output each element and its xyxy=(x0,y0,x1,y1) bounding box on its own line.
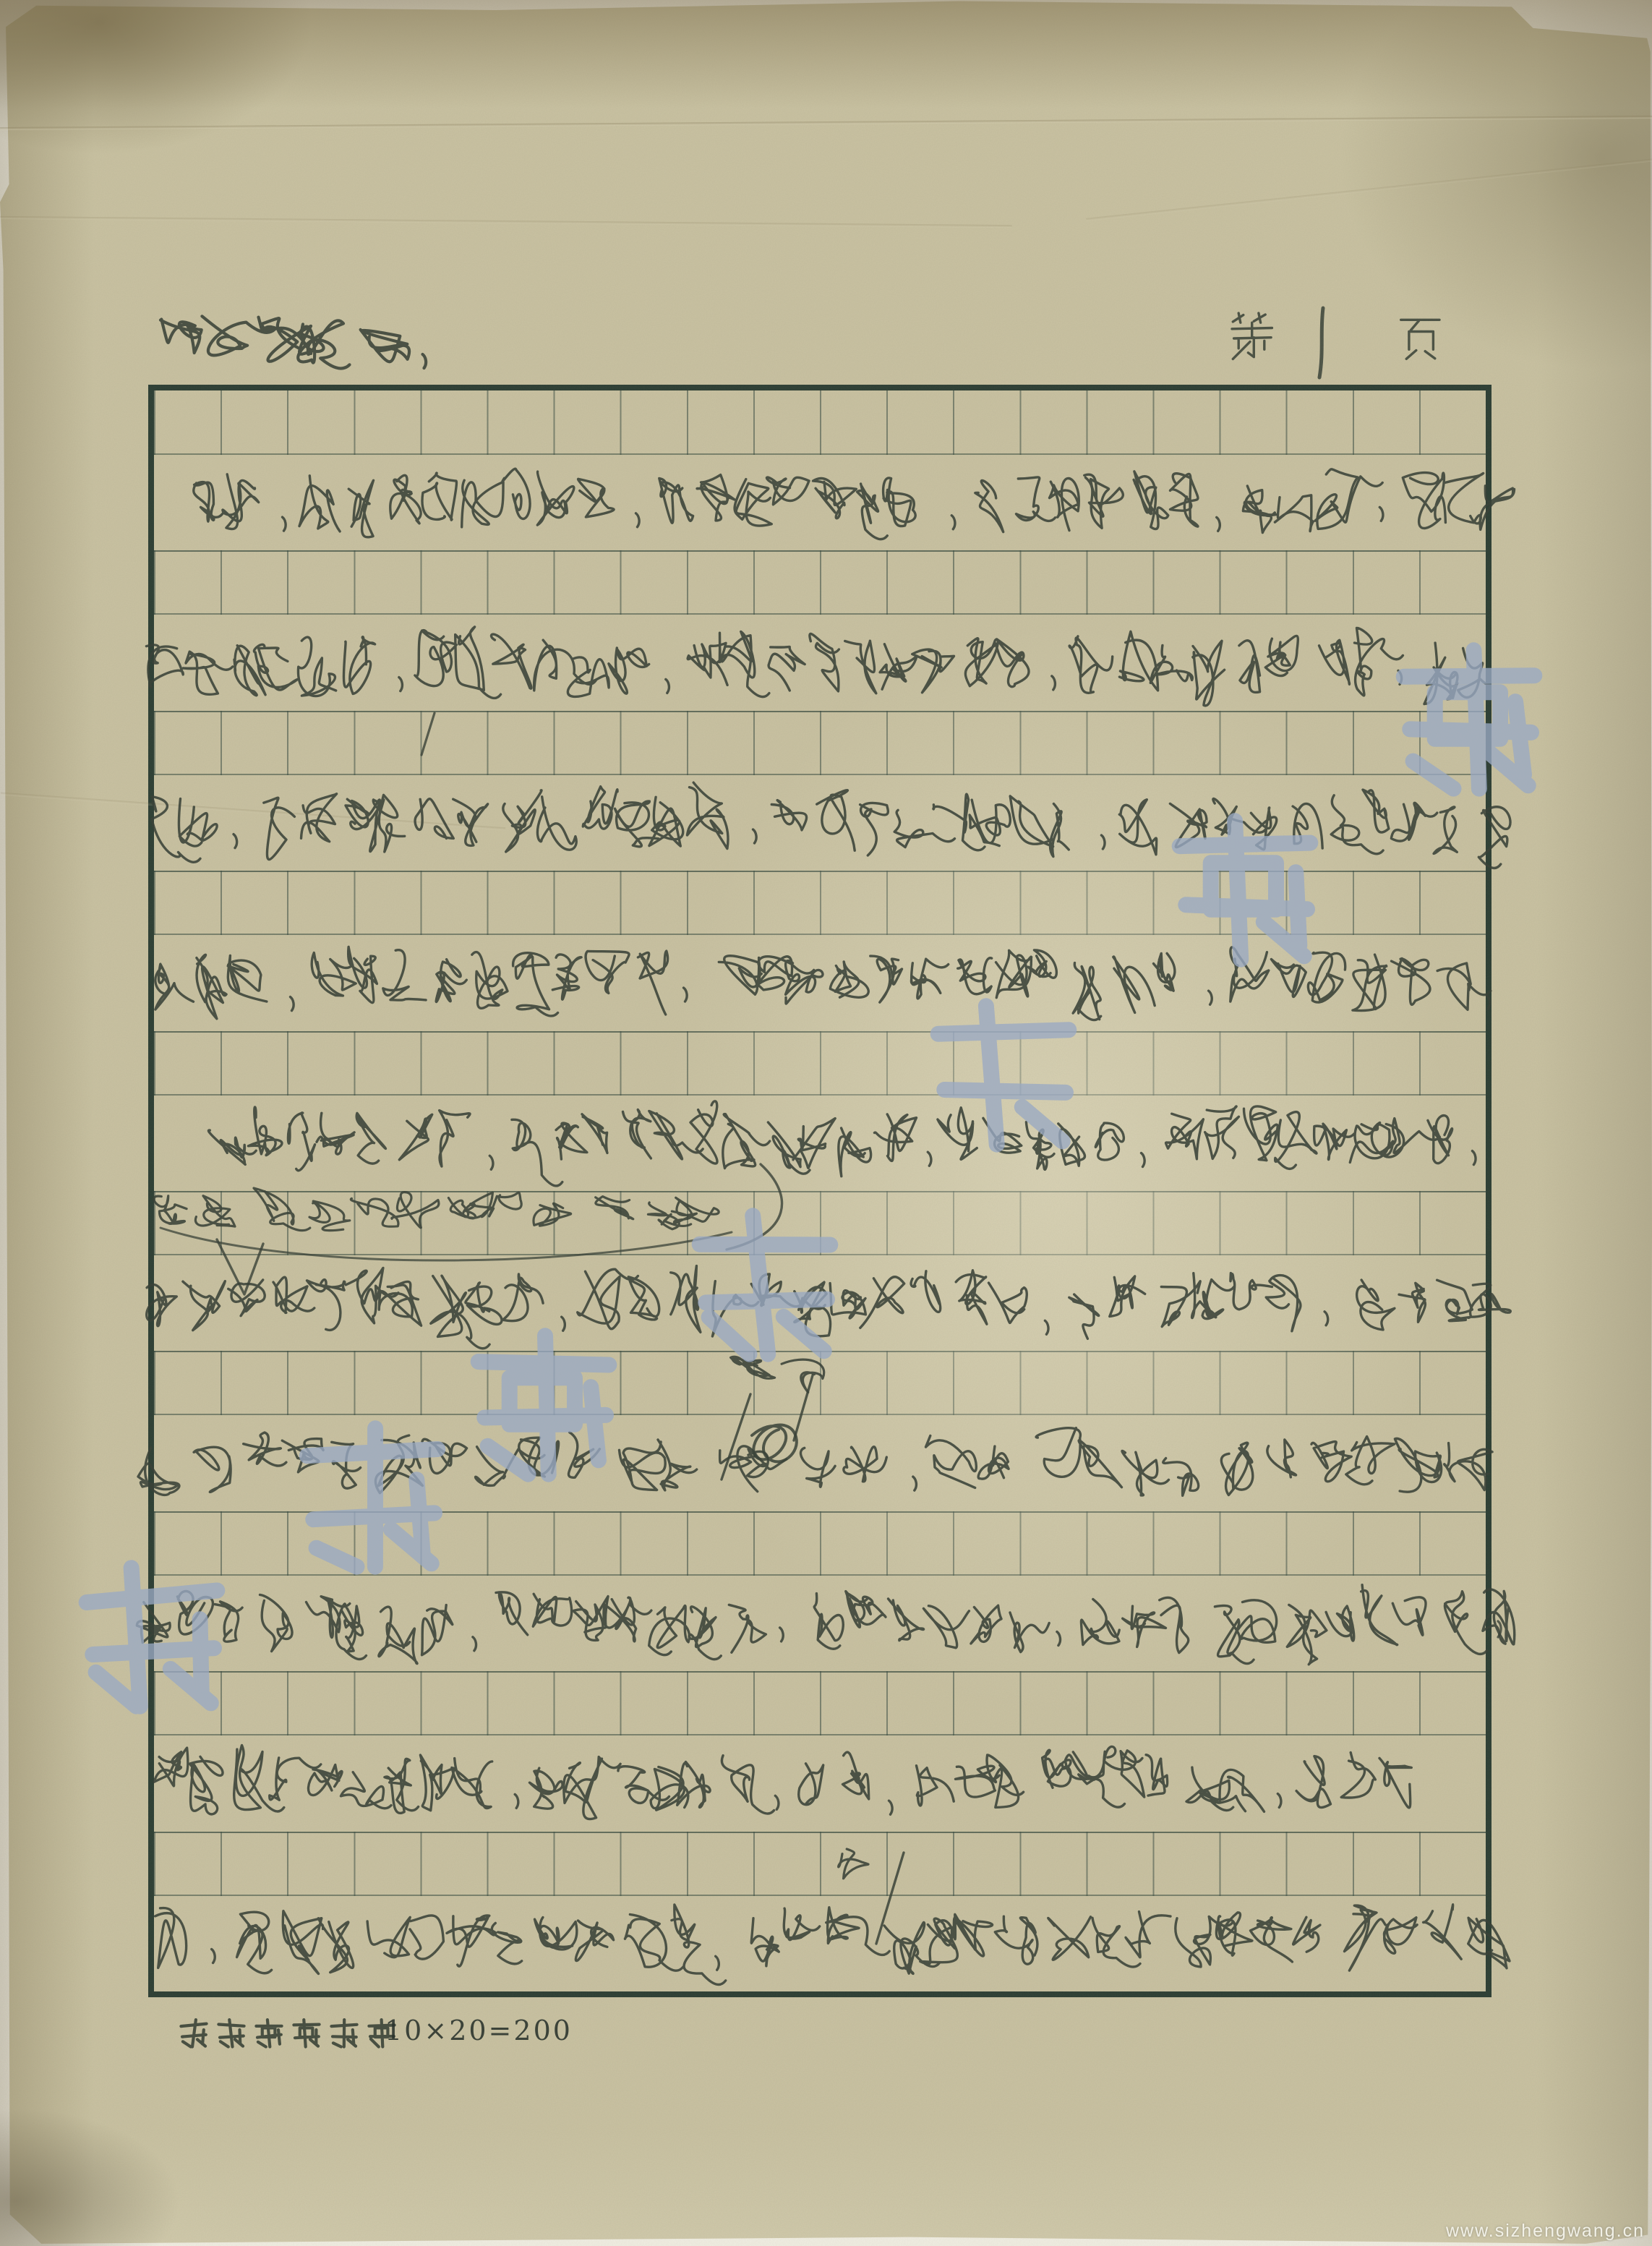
grid-writing-row xyxy=(154,1576,1486,1671)
grid-writing-row xyxy=(154,1735,1486,1831)
grid-cell-row xyxy=(154,711,1486,775)
watermark-url: www.sizhengwang.cn xyxy=(1446,2221,1645,2242)
grid-formula-label: 10×20=200 xyxy=(385,2015,573,2046)
grid-cell-row xyxy=(154,1511,1486,1576)
grid-cell-row xyxy=(154,1191,1486,1255)
grid-writing-row xyxy=(154,1896,1486,1991)
grid-cell-row xyxy=(154,390,1486,455)
grid-cell-row xyxy=(154,871,1486,935)
grid-cell-row xyxy=(154,1351,1486,1415)
grid-writing-row xyxy=(154,1415,1486,1511)
grid-writing-row xyxy=(154,775,1486,871)
grid-writing-row xyxy=(154,455,1486,550)
grid-cell-row xyxy=(154,1832,1486,1896)
grid-cell-row xyxy=(154,550,1486,615)
grid-writing-row xyxy=(154,1255,1486,1351)
manuscript-grid xyxy=(148,385,1491,1997)
scanned-page: 10×20=200 www.sizhengwang.cn xyxy=(0,0,1652,2246)
grid-writing-row xyxy=(154,1096,1486,1191)
grid-writing-row xyxy=(154,615,1486,710)
grid-cell-row xyxy=(154,1671,1486,1735)
grid-writing-row xyxy=(154,935,1486,1030)
grid-cell-row xyxy=(154,1031,1486,1096)
